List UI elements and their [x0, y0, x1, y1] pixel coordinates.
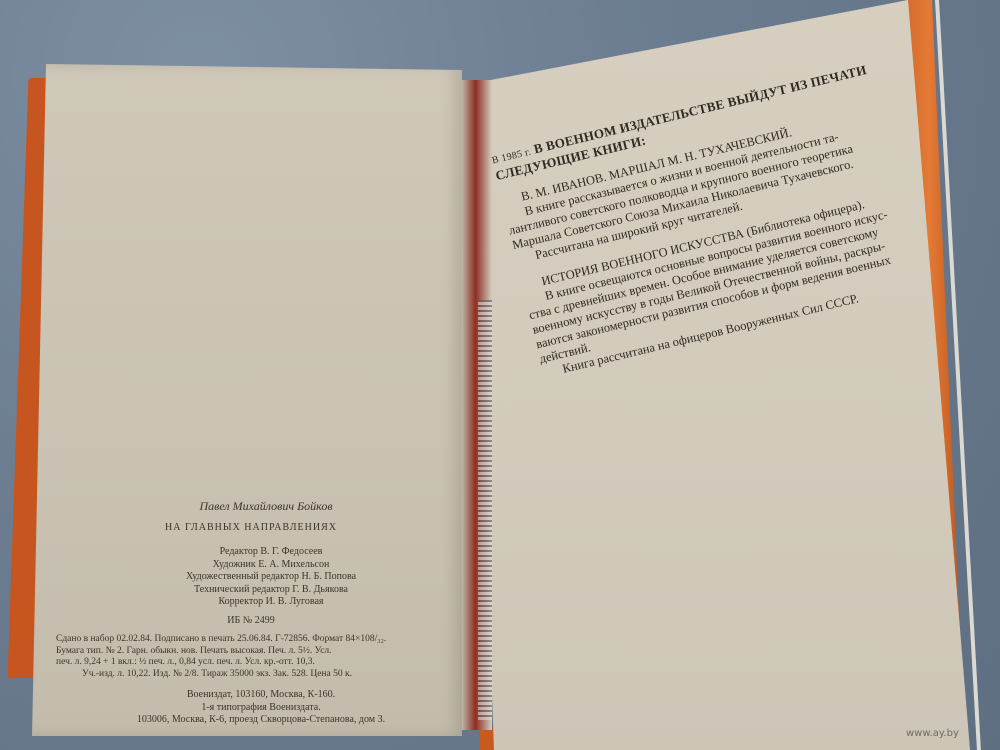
watermark: www.ay.by: [906, 728, 959, 739]
spec-line: печ. л. 9,24 + 1 вкл.: ½ печ. л., 0,84 у…: [56, 657, 446, 669]
publisher-address: Воениздат, 103160, Москва, К-160. 1-я ти…: [56, 689, 446, 727]
author-name: Павел Михайлович Бойков: [56, 500, 446, 513]
credit-line: Художественный редактор Н. Б. Попова: [96, 571, 446, 584]
spec-line: Уч.-изд. л. 10,22. Изд. № 2/8. Тираж 350…: [56, 669, 446, 681]
publication-specs: Сдано в набор 02.02.84. Подписано в печа…: [56, 634, 446, 680]
spec-line: Сдано в набор 02.02.84. Подписано в печа…: [56, 634, 446, 646]
spine-binding-thread: [478, 300, 492, 720]
credits-list: Редактор В. Г. Федосеев Художник Е. А. М…: [56, 546, 446, 609]
address-line: Воениздат, 103160, Москва, К-160.: [76, 689, 446, 702]
imprint-block: Павел Михайлович Бойков НА ГЛАВНЫХ НАПРА…: [56, 500, 446, 727]
address-line: 103006, Москва, К-6, проезд Скворцова-Ст…: [76, 714, 446, 727]
credit-line: Технический редактор Г. В. Дьякова: [96, 584, 446, 597]
credit-line: Редактор В. Г. Федосеев: [96, 546, 446, 559]
ib-number: ИБ № 2499: [56, 615, 446, 628]
book-title: НА ГЛАВНЫХ НАПРАВЛЕНИЯХ: [56, 522, 446, 535]
credit-line: Художник Е. А. Михельсон: [96, 559, 446, 572]
spec-line: Бумага тип. № 2. Гарн. обыкн. нов. Печат…: [56, 646, 446, 658]
address-line: 1-я типография Воениздата.: [76, 702, 446, 715]
credit-line: Корректор И. В. Луговая: [96, 596, 446, 609]
